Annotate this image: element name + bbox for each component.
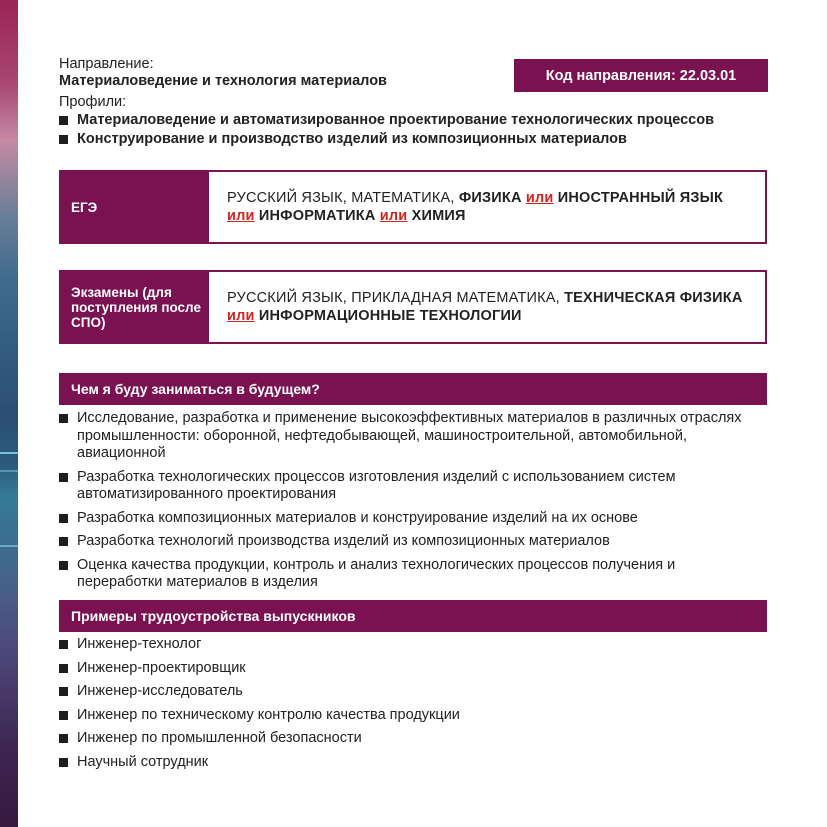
profiles-label: Профили:	[59, 94, 126, 110]
direction-label: Направление:	[59, 56, 154, 72]
list-item-text: Оценка качества продукции, контроль и ан…	[77, 557, 675, 591]
exam-box-spo: Экзамены (для поступления после СПО) РУС…	[59, 270, 767, 344]
or-conjunction: или	[227, 208, 255, 224]
square-bullet-icon	[59, 514, 68, 523]
jobs-list: Инженер-технологИнженер-проектировщикИнж…	[59, 636, 759, 777]
future-list: Исследование, разработка и применение вы…	[59, 410, 759, 598]
section-header-jobs: Примеры трудоустройства выпускников	[59, 600, 767, 632]
list-item-text: Исследование, разработка и применение вы…	[77, 410, 742, 461]
list-item: Инженер по промышленной безопасности	[59, 730, 759, 748]
exam-subjects: РУССКИЙ ЯЗЫК, ПРИКЛАДНАЯ МАТЕМАТИКА, ТЕХ…	[209, 272, 765, 342]
profile-item: Материаловедение и автоматизированное пр…	[59, 112, 759, 129]
list-item-text: Инженер-исследователь	[77, 683, 243, 699]
or-conjunction: или	[526, 190, 554, 206]
subject-text: ИНФОРМАТИКА	[255, 208, 380, 224]
light-streak	[0, 470, 18, 472]
list-item-text: Разработка технологий производства издел…	[77, 533, 610, 549]
square-bullet-icon	[59, 135, 68, 144]
light-streak	[0, 452, 18, 454]
list-item: Исследование, разработка и применение вы…	[59, 410, 759, 463]
square-bullet-icon	[59, 711, 68, 720]
square-bullet-icon	[59, 664, 68, 673]
square-bullet-icon	[59, 116, 68, 125]
list-item-text: Инженер-проектировщик	[77, 660, 246, 676]
list-item: Оценка качества продукции, контроль и ан…	[59, 557, 759, 592]
or-conjunction: или	[380, 208, 408, 224]
profile-item: Конструирование и производство изделий и…	[59, 131, 759, 148]
list-item-text: Научный сотрудник	[77, 754, 208, 770]
subject-text: ИНОСТРАННЫЙ ЯЗЫК	[554, 190, 724, 206]
square-bullet-icon	[59, 734, 68, 743]
subject-text: ФИЗИКА	[459, 190, 522, 206]
list-item: Разработка технологий производства издел…	[59, 533, 759, 551]
direction-code-badge: Код направления: 22.03.01	[514, 59, 768, 92]
list-item-text: Инженер по техническому контролю качеств…	[77, 707, 460, 723]
square-bullet-icon	[59, 687, 68, 696]
exam-label: ЕГЭ	[61, 172, 209, 242]
list-item-text: Инженер-технолог	[77, 636, 201, 652]
square-bullet-icon	[59, 758, 68, 767]
subject-text: ТЕХНИЧЕСКАЯ ФИЗИКА	[564, 290, 742, 306]
light-streak	[0, 545, 18, 547]
direction-name: Материаловедение и технология материалов	[59, 73, 387, 89]
list-item: Инженер-проектировщик	[59, 660, 759, 678]
subject-text: РУССКИЙ ЯЗЫК, ПРИКЛАДНАЯ МАТЕМАТИКА,	[227, 290, 564, 306]
list-item: Разработка технологических процессов изг…	[59, 469, 759, 504]
subject-text: ИНФОРМАЦИОННЫЕ ТЕХНОЛОГИИ	[255, 308, 522, 324]
exam-label: Экзамены (для поступления после СПО)	[61, 272, 209, 342]
list-item: Инженер-технолог	[59, 636, 759, 654]
square-bullet-icon	[59, 561, 68, 570]
profile-text: Конструирование и производство изделий и…	[77, 131, 627, 147]
list-item: Инженер по техническому контролю качеств…	[59, 707, 759, 725]
list-item-text: Инженер по промышленной безопасности	[77, 730, 362, 746]
exam-box-ege: ЕГЭ РУССКИЙ ЯЗЫК, МАТЕМАТИКА, ФИЗИКА или…	[59, 170, 767, 244]
or-conjunction: или	[227, 308, 255, 324]
profiles-list: Материаловедение и автоматизированное пр…	[59, 112, 759, 150]
section-header-future: Чем я буду заниматься в будущем?	[59, 373, 767, 405]
list-item-text: Разработка композиционных материалов и к…	[77, 510, 638, 526]
list-item: Разработка композиционных материалов и к…	[59, 510, 759, 528]
subject-text: ХИМИЯ	[407, 208, 465, 224]
list-item: Научный сотрудник	[59, 754, 759, 772]
exam-subjects: РУССКИЙ ЯЗЫК, МАТЕМАТИКА, ФИЗИКА или ИНО…	[209, 172, 765, 242]
square-bullet-icon	[59, 414, 68, 423]
list-item: Инженер-исследователь	[59, 683, 759, 701]
square-bullet-icon	[59, 537, 68, 546]
list-item-text: Разработка технологических процессов изг…	[77, 469, 676, 503]
square-bullet-icon	[59, 640, 68, 649]
square-bullet-icon	[59, 473, 68, 482]
subject-text: РУССКИЙ ЯЗЫК, МАТЕМАТИКА,	[227, 190, 459, 206]
profile-text: Материаловедение и автоматизированное пр…	[77, 112, 714, 128]
decorative-photo-strip	[0, 0, 18, 827]
